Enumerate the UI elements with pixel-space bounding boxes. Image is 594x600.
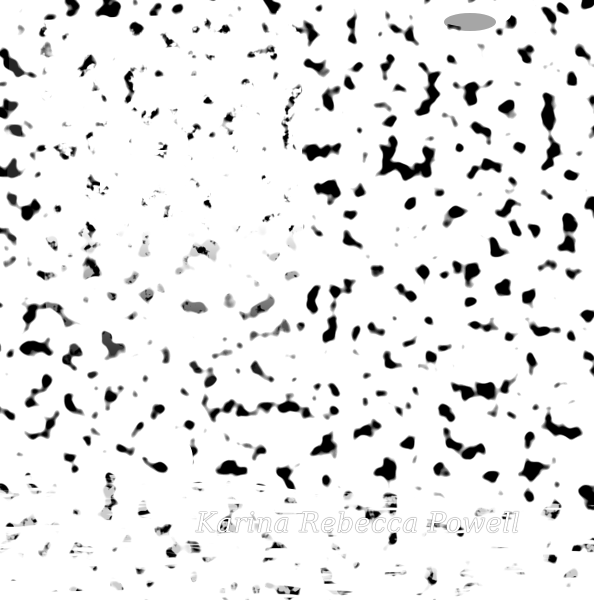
artwork-canvas: Karina Rebecca Powell [0, 0, 594, 600]
artist-signature: Karina Rebecca Powell [196, 508, 521, 539]
